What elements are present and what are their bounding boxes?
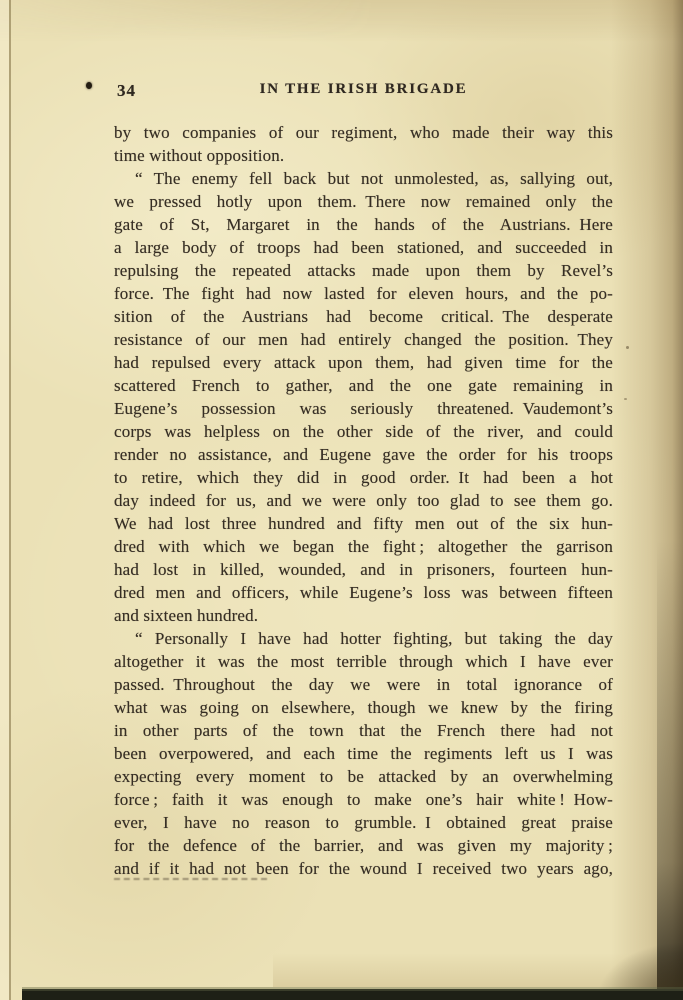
text-line: passed. Throughout the day we were in to…: [114, 673, 613, 696]
text-line: had lost in killed, wounded, and in pris…: [114, 558, 613, 581]
page-number: 34: [117, 81, 136, 101]
text-line: to retire, which they did in good order.…: [114, 466, 613, 489]
text-line: “ Personally I have had hotter fighting,…: [114, 627, 613, 650]
text-line: a large body of troops had been statione…: [114, 236, 613, 259]
ink-speck: [86, 82, 92, 89]
text-line: corps was helpless on the other side of …: [114, 420, 613, 443]
page-right-edge-shadow: [611, 0, 683, 1000]
text-line: what was going on elsewhere, though we k…: [114, 696, 613, 719]
text-line: repulsing the repeated attacks made upon…: [114, 259, 613, 282]
paragraph: by two companies of our regiment, who ma…: [114, 121, 613, 167]
book-page-scan: 34 IN THE IRISH BRIGADE by two companies…: [0, 0, 683, 1000]
text-line: “ The enemy fell back but not unmolested…: [114, 167, 613, 190]
text-line: by two companies of our regiment, who ma…: [114, 121, 613, 144]
text-line: for the defence of the barrier, and was …: [114, 834, 613, 857]
text-line: Eugene’s possession was seriously threat…: [114, 397, 613, 420]
ink-speck: [624, 398, 627, 400]
text-line: force. The fight had now lasted for elev…: [114, 282, 613, 305]
page-content: 34 IN THE IRISH BRIGADE by two companies…: [114, 0, 613, 1000]
text-block: by two companies of our regiment, who ma…: [114, 121, 613, 880]
page-left-margin-strip: [0, 0, 9, 1000]
text-line: sition of the Austrians had become criti…: [114, 305, 613, 328]
text-line: and if it had not been for the wound I r…: [114, 857, 613, 880]
text-line: dred with which we began the fight ; alt…: [114, 535, 613, 558]
text-line: gate of St, Margaret in the hands of the…: [114, 213, 613, 236]
text-line: day indeed for us, and we were only too …: [114, 489, 613, 512]
page-header: 34 IN THE IRISH BRIGADE: [114, 81, 613, 98]
text-line: had repulsed every attack upon them, had…: [114, 351, 613, 374]
text-line: and sixteen hundred.: [114, 604, 613, 627]
text-line: resistance of our men had entirely chang…: [114, 328, 613, 351]
running-title: IN THE IRISH BRIGADE: [114, 81, 613, 98]
text-line: dred men and officers, while Eugene’s lo…: [114, 581, 613, 604]
text-line: in other parts of the town that the Fren…: [114, 719, 613, 742]
text-line: been overpowered, and each time the regi…: [114, 742, 613, 765]
page-left-edge-line: [9, 0, 11, 1000]
text-line: force ; faith it was enough to make one’…: [114, 788, 613, 811]
text-line: expecting every moment to be attacked by…: [114, 765, 613, 788]
text-line: render no assistance, and Eugene gave th…: [114, 443, 613, 466]
text-line: We had lost three hundred and fifty men …: [114, 512, 613, 535]
text-line: we pressed hotly upon them. There now re…: [114, 190, 613, 213]
text-line: time without opposition.: [114, 144, 613, 167]
text-line: ever, I have no reason to grumble. I obt…: [114, 811, 613, 834]
text-line: altogether it was the most terrible thro…: [114, 650, 613, 673]
ink-speck: [626, 346, 629, 349]
text-line: scattered French to gather, and the one …: [114, 374, 613, 397]
paragraph: “ The enemy fell back but not unmolested…: [114, 167, 613, 627]
paragraph: “ Personally I have had hotter fighting,…: [114, 627, 613, 880]
page-right-edge-dark-strip: [657, 540, 683, 1000]
